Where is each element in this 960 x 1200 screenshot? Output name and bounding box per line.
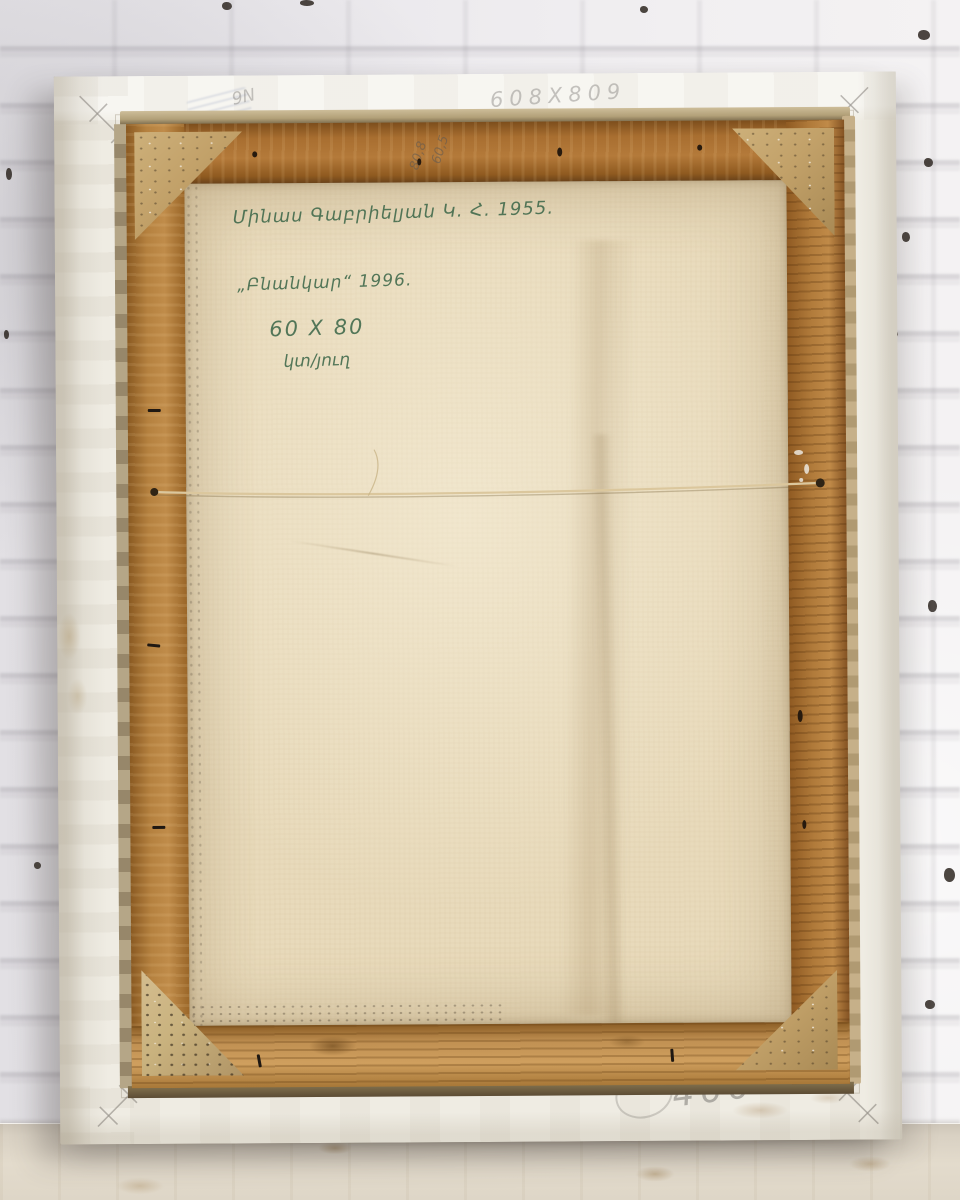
- wall-chip: [4, 330, 9, 339]
- staple: [148, 409, 161, 412]
- wall-chip: [928, 600, 937, 612]
- photo-scene: 9N 608X809 466: [0, 0, 960, 1200]
- wall-chip: [34, 862, 41, 869]
- nail-hole: [697, 145, 702, 151]
- wall-chip: [944, 868, 955, 882]
- wall-chip: [902, 232, 910, 242]
- nail-hole: [557, 147, 562, 156]
- paint-splotch: [794, 450, 803, 455]
- nail-hole: [798, 710, 803, 722]
- wall-chip: [925, 1000, 935, 1009]
- stretcher-frame: Մինաս Գաբրիելյան Կ. Հ. 1955. „Բնանկար“ 1…: [126, 120, 850, 1088]
- wall-chip: [640, 6, 648, 13]
- wall-chip: [924, 158, 933, 167]
- hanging-string: [126, 120, 850, 1088]
- nail-hole: [417, 158, 421, 165]
- wall-chip: [300, 0, 314, 6]
- nail-hole: [252, 151, 257, 157]
- wall-chip: [6, 168, 12, 180]
- paint-splotch: [799, 478, 803, 482]
- staple: [152, 826, 165, 829]
- painting-back: 9N 608X809 466: [54, 71, 903, 1144]
- paint-splotch: [804, 464, 809, 474]
- wall-chip: [918, 30, 930, 40]
- nail-hole: [802, 820, 806, 829]
- wall-chip: [222, 2, 232, 10]
